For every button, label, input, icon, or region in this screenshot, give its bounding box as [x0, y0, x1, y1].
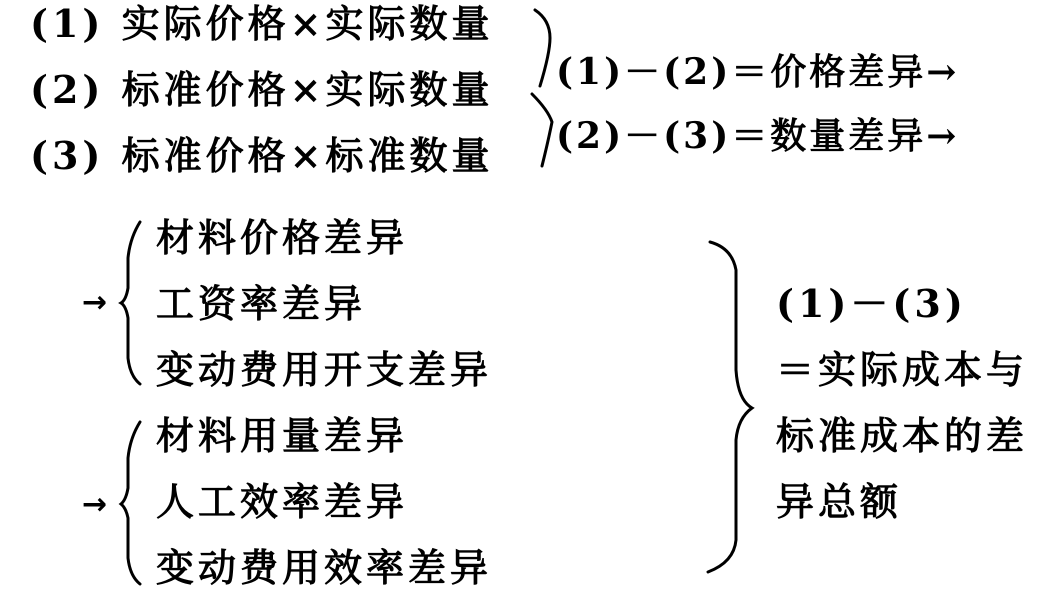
- formula-3-label: (3): [30, 133, 104, 178]
- formula-3: (3) 标准价格×标准数量: [30, 134, 493, 178]
- variable-efficiency-variance: 变动费用效率差异: [156, 546, 492, 590]
- left-brace-quantity: [118, 418, 148, 588]
- variable-spending-variance: 变动费用开支差异: [156, 348, 492, 392]
- wage-rate-variance: 工资率差异: [156, 282, 366, 326]
- total-formula: (1)－(3): [776, 282, 967, 326]
- formula-2-label: (2): [30, 67, 104, 112]
- quantity-difference: (2)－(3)＝数量差异→: [556, 114, 959, 158]
- labor-efficiency-variance: 人工效率差异: [156, 480, 408, 524]
- formula-2-text: 标准价格×实际数量: [122, 67, 494, 112]
- formula-1: (1) 实际价格×实际数量: [30, 2, 493, 46]
- right-brace-total: [700, 240, 760, 580]
- material-usage-variance: 材料用量差异: [156, 414, 408, 458]
- total-line-2: ＝实际成本与: [776, 348, 1028, 392]
- material-price-variance: 材料价格差异: [156, 216, 408, 260]
- arrow-icon: →: [82, 490, 107, 520]
- total-line-3: 标准成本的差: [776, 414, 1028, 458]
- formula-1-label: (1): [30, 1, 104, 46]
- formula-1-text: 实际价格×实际数量: [122, 1, 494, 46]
- formula-3-text: 标准价格×标准数量: [122, 133, 494, 178]
- price-difference: (1)－(2)＝价格差异→: [556, 50, 959, 94]
- arrow-icon: →: [82, 288, 107, 318]
- left-brace-price: [118, 218, 148, 388]
- total-line-4: 异总额: [776, 480, 902, 524]
- formula-2: (2) 标准价格×实际数量: [30, 68, 493, 112]
